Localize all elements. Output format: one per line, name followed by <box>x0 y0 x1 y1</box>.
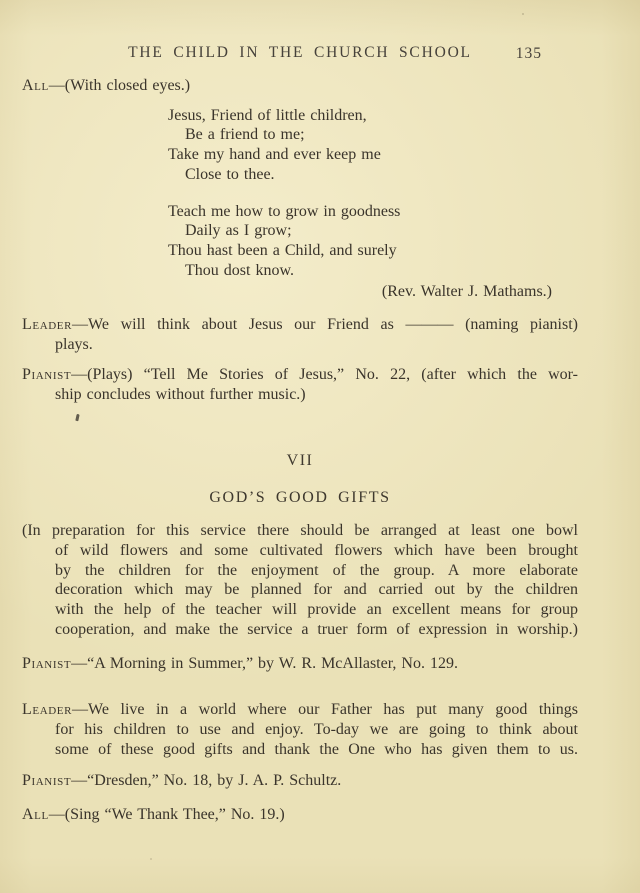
hymn-line: Thou hast been a Child, and surely <box>168 241 578 261</box>
running-title: THE CHILD IN THE CHURCH SCHOOL <box>22 44 578 62</box>
leader-line: plays. <box>55 335 578 355</box>
pianist-prelude-line: Pianist—“A Morning in Summer,” by W. R. … <box>22 654 578 674</box>
speaker-label-leader: Leader <box>22 316 72 333</box>
leader-paragraph: Leader—We will think about Jesus our Fri… <box>22 315 578 354</box>
preparation-line: decoration which may be planned for and … <box>55 580 578 600</box>
hymn-stanza-1: Jesus, Friend of little children, Be a f… <box>168 106 578 185</box>
scan-speckle <box>211 251 213 253</box>
hymn-line: Teach me how to grow in goodness <box>168 202 578 222</box>
scan-speckle <box>522 13 524 15</box>
pianist-paragraph: Pianist—(Plays) “Tell Me Stories of Jesu… <box>22 365 578 404</box>
pianist-hymn-text: —“Dresden,” No. 18, by J. A. P. Schultz. <box>71 772 341 789</box>
hymn-attribution: (Rev. Walter J. Mathams.) <box>22 282 578 302</box>
preparation-line: of wild flowers and some cultivated flow… <box>55 541 578 561</box>
section-number: VII <box>22 451 578 471</box>
section-title: GOD’S GOOD GIFTS <box>22 488 578 508</box>
pianist-line: Pianist—(Plays) “Tell Me Stories of Jesu… <box>22 365 578 385</box>
page-header: THE CHILD IN THE CHURCH SCHOOL 135 <box>22 44 578 62</box>
hymn-line: Daily as I grow; <box>185 221 578 241</box>
all-direction-text: —(With closed eyes.) <box>49 77 190 94</box>
preparation-paragraph: (In preparation for this service there s… <box>22 521 578 639</box>
preparation-line: by the children for the enjoyment of the… <box>55 561 578 581</box>
book-page: THE CHILD IN THE CHURCH SCHOOL 135 All—(… <box>0 0 640 893</box>
pianist-hymn-line: Pianist—“Dresden,” No. 18, by J. A. P. S… <box>22 771 578 791</box>
leader-line: some of these good gifts and thank the O… <box>55 740 578 760</box>
preparation-line: (In preparation for this service there s… <box>22 521 578 541</box>
hymn-stanza-2: Teach me how to grow in goodness Daily a… <box>168 202 578 281</box>
page-number: 135 <box>516 45 542 63</box>
leader-paragraph: Leader—We live in a world where our Fath… <box>22 700 578 759</box>
scan-stray-mark <box>75 414 79 421</box>
speaker-label-pianist: Pianist <box>22 772 71 789</box>
speaker-label-pianist: Pianist <box>22 366 71 383</box>
preparation-line: cooperation, and make the service a true… <box>55 620 578 640</box>
pianist-line: ship concludes without further music.) <box>55 385 578 405</box>
hymn-line: Take my hand and ever keep me <box>168 145 578 165</box>
all-sing-line: All—(Sing “We Thank Thee,” No. 19.) <box>22 805 578 825</box>
hymn-line: Thou dost know. <box>185 261 578 281</box>
hymn-line: Jesus, Friend of little children, <box>168 106 578 126</box>
speaker-label-all: All <box>22 806 49 823</box>
leader-line: Leader—We live in a world where our Fath… <box>22 700 578 720</box>
speaker-label-leader: Leader <box>22 701 72 718</box>
leader-line: Leader—We will think about Jesus our Fri… <box>22 315 578 335</box>
leader-text: —We live in a world where our Father has… <box>72 701 578 718</box>
speaker-label-pianist: Pianist <box>22 655 71 672</box>
all-direction-line: All—(With closed eyes.) <box>22 76 578 96</box>
leader-text: —We will think about Jesus our Friend as… <box>72 316 578 333</box>
pianist-prelude-text: —“A Morning in Summer,” by W. R. McAllas… <box>71 655 458 672</box>
hymn-line: Be a friend to me; <box>185 125 578 145</box>
scan-speckle <box>150 858 152 860</box>
all-sing-text: —(Sing “We Thank Thee,” No. 19.) <box>49 806 285 823</box>
speaker-label-all: All <box>22 77 49 94</box>
pianist-text: —(Plays) “Tell Me Stories of Jesus,” No.… <box>71 366 578 383</box>
hymn-line: Close to thee. <box>185 165 578 185</box>
leader-line: for his children to use and enjoy. To-da… <box>55 720 578 740</box>
preparation-line: with the help of the teacher will provid… <box>55 600 578 620</box>
